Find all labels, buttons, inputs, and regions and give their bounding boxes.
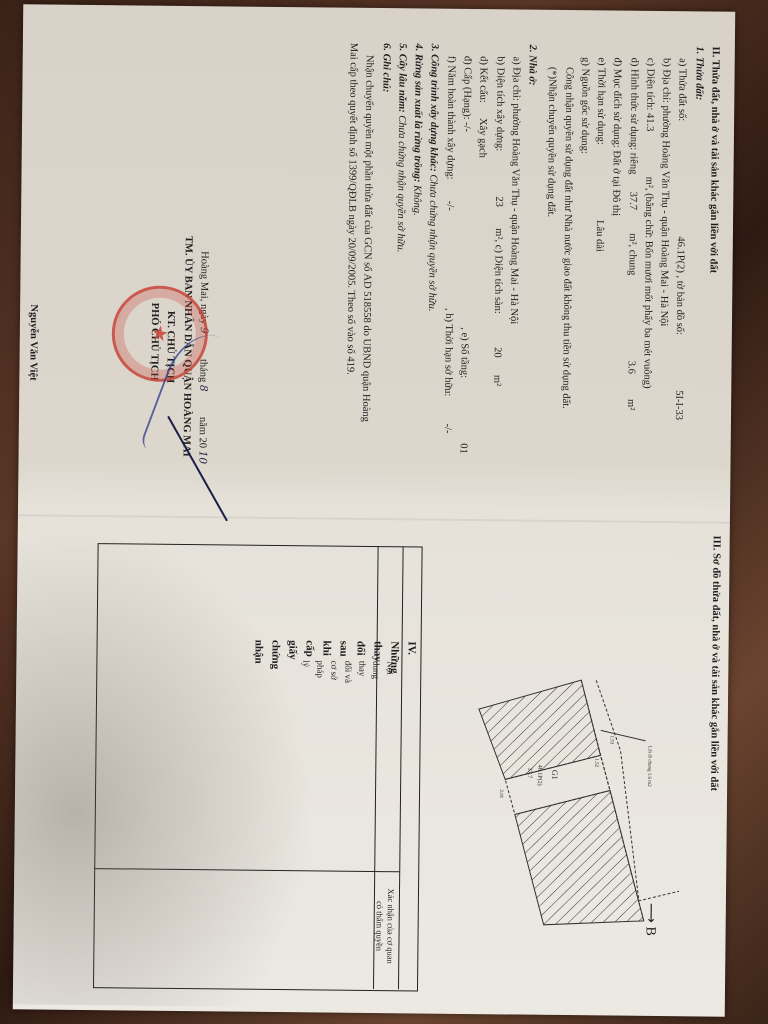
section-iii: III. Sơ đồ thửa đất, nhà ở và tài sản kh… <box>703 531 724 1011</box>
north-arrow-icon: ⟶ <box>643 903 658 923</box>
column-changes: Nội dung thay đổi và cơ sở pháp lý <box>299 660 397 686</box>
star-emblem-icon: ★ <box>148 324 171 343</box>
svg-text:2.01: 2.01 <box>498 789 503 798</box>
section-iii-title: III. Sơ đồ thửa đất, nhà ở và tài sản kh… <box>703 531 724 1011</box>
north-arrow: ⟶ B <box>642 903 659 936</box>
parcel-diagram: G1 46.1P(2) 37.7 Lối đi chung 1.6 m2 1.5… <box>469 659 692 931</box>
page-fold <box>18 514 730 523</box>
changes-table: IV. Những thay đổi sau khi cấp giấy chứn… <box>93 543 423 991</box>
svg-text:37.7: 37.7 <box>526 768 532 779</box>
svg-text:1.53: 1.53 <box>609 735 614 744</box>
certificate-paper: II. Thửa đất, nhà ở và tài sản khác gắn … <box>13 4 735 1016</box>
section-ii: II. Thửa đất, nhà ở và tài sản khác gắn … <box>0 39 723 517</box>
svg-text:G1: G1 <box>550 770 559 780</box>
column-confirmation: Xác nhận của cơ quan có thẩm quyền <box>373 886 396 966</box>
svg-text:Lối đi chung 1.6 m2: Lối đi chung 1.6 m2 <box>646 746 651 787</box>
svg-text:46.1P(2): 46.1P(2) <box>536 765 543 786</box>
svg-text:1.52: 1.52 <box>593 758 598 767</box>
